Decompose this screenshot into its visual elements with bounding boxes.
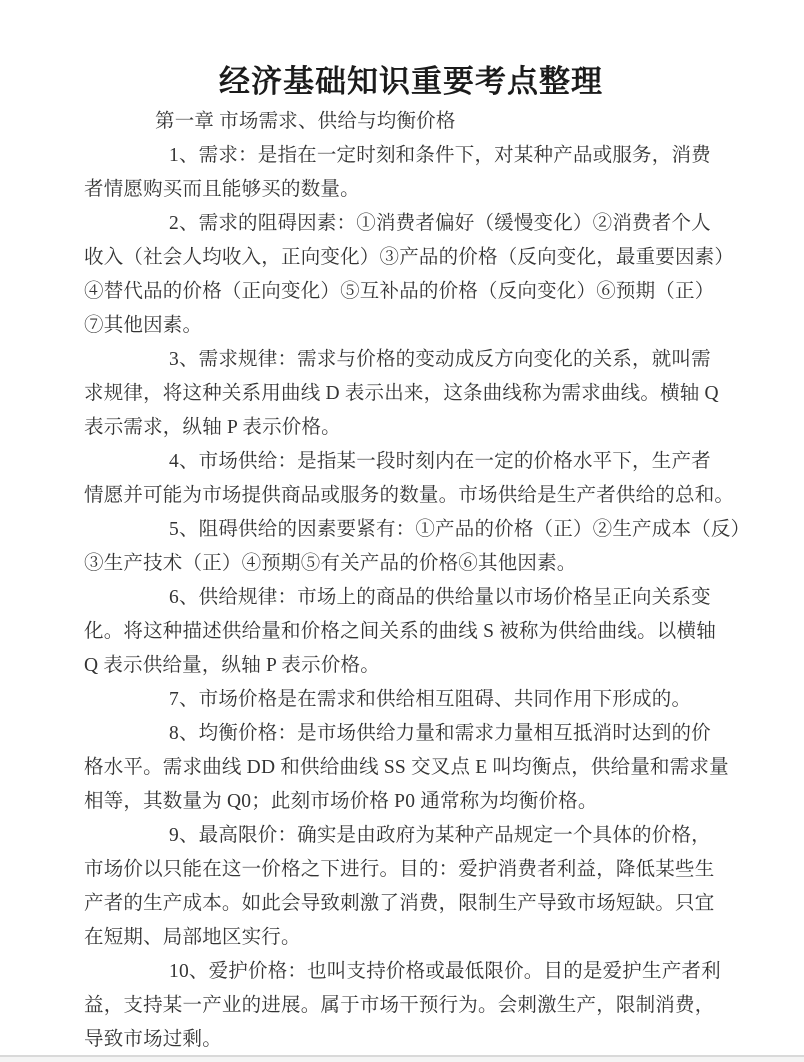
document-page: 经济基础知识重要考点整理 第一章 市场需求、供给与均衡价格 1、需求：是指在一定… — [0, 0, 804, 1062]
text-line: 1、需求：是指在一定时刻和条件下，对某种产品或服务，消费 — [84, 139, 738, 173]
text-line: 化。将这种描述供给量和价格之间关系的曲线 S 被称为供给曲线。以横轴 — [84, 615, 738, 649]
below-page-area — [0, 1057, 804, 1062]
text-line: 4、市场供给：是指某一段时刻内在一定的价格水平下，生产者 — [84, 445, 738, 479]
text-line: 8、均衡价格：是市场供给力量和需求力量相互抵消时达到的价 — [84, 717, 738, 751]
text-line: 者情愿购买而且能够买的数量。 — [84, 173, 738, 207]
text-line: ④替代品的价格（正向变化）⑤互补品的价格（反向变化）⑥预期（正） — [84, 275, 738, 309]
text-line: 格水平。需求曲线 DD 和供给曲线 SS 交叉点 E 叫均衡点，供给量和需求量 — [84, 751, 738, 785]
text-line: 9、最高限价：确实是由政府为某种产品规定一个具体的价格， — [84, 819, 738, 853]
text-line: 导致市场过剩。 — [84, 1023, 738, 1057]
text-line: 2、需求的阻碍因素：①消费者偏好（缓慢变化）②消费者个人 — [84, 207, 738, 241]
text-line: 7、市场价格是在需求和供给相互阻碍、共同作用下形成的。 — [84, 683, 738, 717]
text-line: 表示需求，纵轴 P 表示价格。 — [84, 411, 738, 445]
text-line: ⑦其他因素。 — [84, 309, 738, 343]
text-line: 相等，其数量为 Q0；此刻市场价格 P0 通常称为均衡价格。 — [84, 785, 738, 819]
text-line: Q 表示供给量，纵轴 P 表示价格。 — [84, 649, 738, 683]
chapter-heading: 第一章 市场需求、供给与均衡价格 — [84, 105, 738, 139]
text-line: 产者的生产成本。如此会导致刺激了消费，限制生产导致市场短缺。只宜 — [84, 887, 738, 921]
text-line: 求规律，将这种关系用曲线 D 表示出来，这条曲线称为需求曲线。横轴 Q — [84, 377, 738, 411]
text-line: 收入（社会人均收入，正向变化）③产品的价格（反向变化，最重要因素） — [84, 241, 738, 275]
text-line: 益，支持某一产业的进展。属于市场干预行为。会刺激生产，限制消费， — [84, 989, 738, 1023]
text-line: 在短期、局部地区实行。 — [84, 921, 738, 955]
text-line: 3、需求规律：需求与价格的变动成反方向变化的关系，就叫需 — [84, 343, 738, 377]
document-title: 经济基础知识重要考点整理 — [84, 58, 738, 105]
text-line: 情愿并可能为市场提供商品或服务的数量。市场供给是生产者供给的总和。 — [84, 479, 738, 513]
text-line: ③生产技术（正）④预期⑤有关产品的价格⑥其他因素。 — [84, 547, 738, 581]
text-line: 10、爱护价格：也叫支持价格或最低限价。目的是爱护生产者利 — [84, 955, 738, 989]
text-line: 5、阻碍供给的因素要紧有：①产品的价格（正）②生产成本（反） — [84, 513, 738, 547]
text-line: 市场价以只能在这一价格之下进行。目的：爱护消费者利益，降低某些生 — [84, 853, 738, 887]
text-line: 6、供给规律：市场上的商品的供给量以市场价格呈正向关系变 — [84, 581, 738, 615]
document-content: 经济基础知识重要考点整理 第一章 市场需求、供给与均衡价格 1、需求：是指在一定… — [84, 0, 738, 1057]
